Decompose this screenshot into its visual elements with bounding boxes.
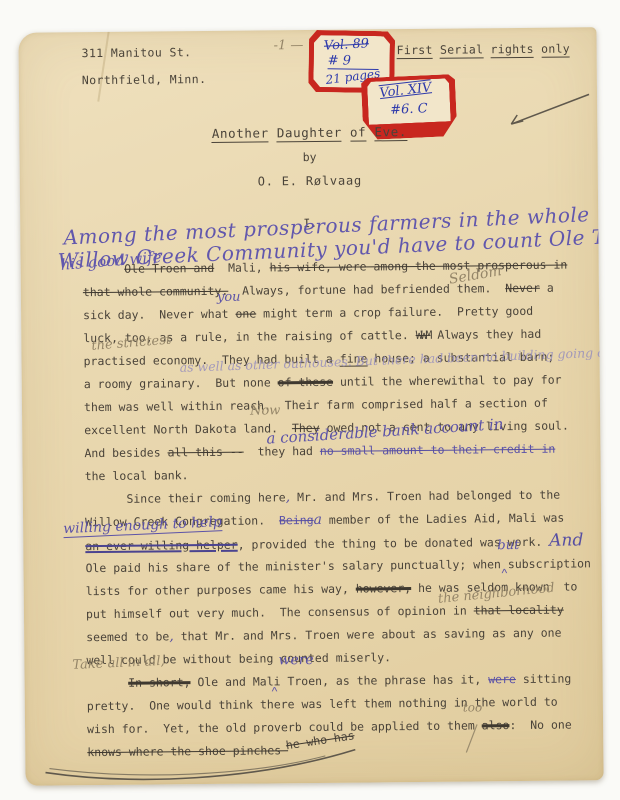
typed-segment: his wife, were among the most prosperous… — [270, 258, 568, 275]
typed-segment: put himself out very much. The consensus… — [86, 603, 474, 621]
page-number-mark: -1 — — [273, 38, 303, 53]
typed-segment: : No one — [509, 718, 571, 733]
title-block: Another Daughter of Eve. by O. E. Rølvaa… — [59, 123, 560, 191]
underlined-word: First — [397, 43, 433, 59]
typescript-body: Ole Troen and Mali, his wife, were among… — [83, 253, 604, 764]
typed-line: knows where the shoe pinches he who has — [87, 736, 603, 764]
stamp1-vol-crossed: Vol. 89 — [324, 36, 370, 53]
typed-segment: that whole community. — [83, 284, 229, 299]
typed-segment: And besides — [84, 445, 167, 460]
byline: by — [60, 148, 560, 167]
caret-mark: ^ — [272, 684, 278, 698]
typed-segment: Since their coming here — [85, 490, 286, 506]
typed-segment: WWM — [416, 328, 431, 342]
address-line-2: Northfield, Minn. — [82, 72, 207, 87]
typed-segment: a roomy grainary. But none — [84, 375, 278, 391]
typed-segment: pretty. One would think there was left t… — [87, 695, 558, 714]
typed-segment: Being — [279, 513, 314, 527]
underlined-word: rights — [490, 42, 533, 58]
typed-segment: sitting — [516, 672, 572, 687]
typed-segment: member of the Ladies Aid, Mali was — [322, 511, 564, 527]
annotation-you: you — [217, 290, 241, 305]
underlined-word: Serial — [440, 42, 483, 58]
stamp2-number: #6. C — [390, 101, 428, 118]
typed-segment: knows where the shoe pinches — [87, 743, 288, 759]
typed-segment: Ole and Mali Troen, as the phrase has it… — [190, 672, 488, 689]
typed-segment: Mali, — [214, 260, 270, 275]
typed-segment: of these — [278, 375, 334, 390]
underlined-word: Daughter — [277, 125, 342, 143]
typed-segment — [83, 262, 125, 276]
typed-segment: seemed to be — [86, 629, 169, 644]
typed-segment: that locality — [474, 603, 564, 618]
typed-segment: And — [549, 530, 583, 550]
typed-segment: excellent North Dakota land. — [84, 421, 292, 437]
annotation-too: too — [463, 700, 482, 714]
typed-segment: Mr. and Mrs. Troen had belonged to the — [290, 488, 560, 505]
typed-segment: lists for other purposes came his way, — [86, 582, 356, 599]
typed-segment: a — [314, 512, 323, 528]
typed-segment: them was well within reach. Their farm c… — [84, 396, 548, 414]
annotation-now: Now — [250, 403, 280, 418]
address-line-1: 311 Manitou St. — [82, 45, 192, 60]
typed-segment: the local bank. — [85, 468, 189, 483]
typed-segment: Never — [505, 281, 540, 295]
typed-segment: might term a crop failure. Pretty good — [256, 304, 533, 321]
typed-segment: In short, — [128, 675, 190, 690]
typed-segment: until the wherewithal to pay for — [333, 373, 562, 389]
typed-segment — [87, 676, 129, 690]
caret-mark: ^ — [502, 566, 508, 580]
typed-segment: an ever willing helper — [85, 538, 237, 553]
typed-segment: Ole paid his share of the minister's sal… — [85, 556, 591, 575]
typed-segment: no small amount to their credit in — [320, 442, 556, 458]
stamp-inner: Vol. XIV #6. C — [367, 78, 451, 125]
typed-segment: one — [235, 307, 256, 321]
typed-segment: a — [540, 281, 554, 295]
underlined-word: Eve. — [374, 124, 407, 141]
typed-segment: Ole Troen and — [124, 261, 214, 276]
underlined-word: only — [541, 41, 570, 57]
typed-segment: Always they had — [430, 327, 541, 342]
typed-segment: also — [482, 718, 510, 732]
author-name: O. E. Rølvaag — [60, 172, 560, 191]
underlined-word: Another — [212, 125, 269, 143]
typed-segment: sick day. Never what — [83, 307, 235, 322]
rights-notice: First Serial rights only — [397, 41, 571, 57]
annotation-but: but — [497, 538, 519, 553]
scanned-manuscript-page: { "header": { "address_line1": "311 Mani… — [0, 0, 620, 800]
annotation-were: were — [278, 652, 313, 668]
stamp2-vol: Vol. XIV — [379, 80, 433, 101]
manuscript-paper-sheet: 311 Manitou St. Northfield, Minn. First … — [18, 27, 603, 786]
typed-segment: all this -- — [167, 445, 243, 460]
typed-segment: that Mr. and Mrs. Troen were about as sa… — [174, 626, 562, 644]
underlined-word: of — [350, 124, 366, 141]
typed-segment: were — [488, 672, 516, 686]
page-title: Another Daughter of Eve. — [59, 123, 559, 143]
typed-segment: however, — [356, 581, 412, 596]
paper-crease — [97, 28, 110, 101]
